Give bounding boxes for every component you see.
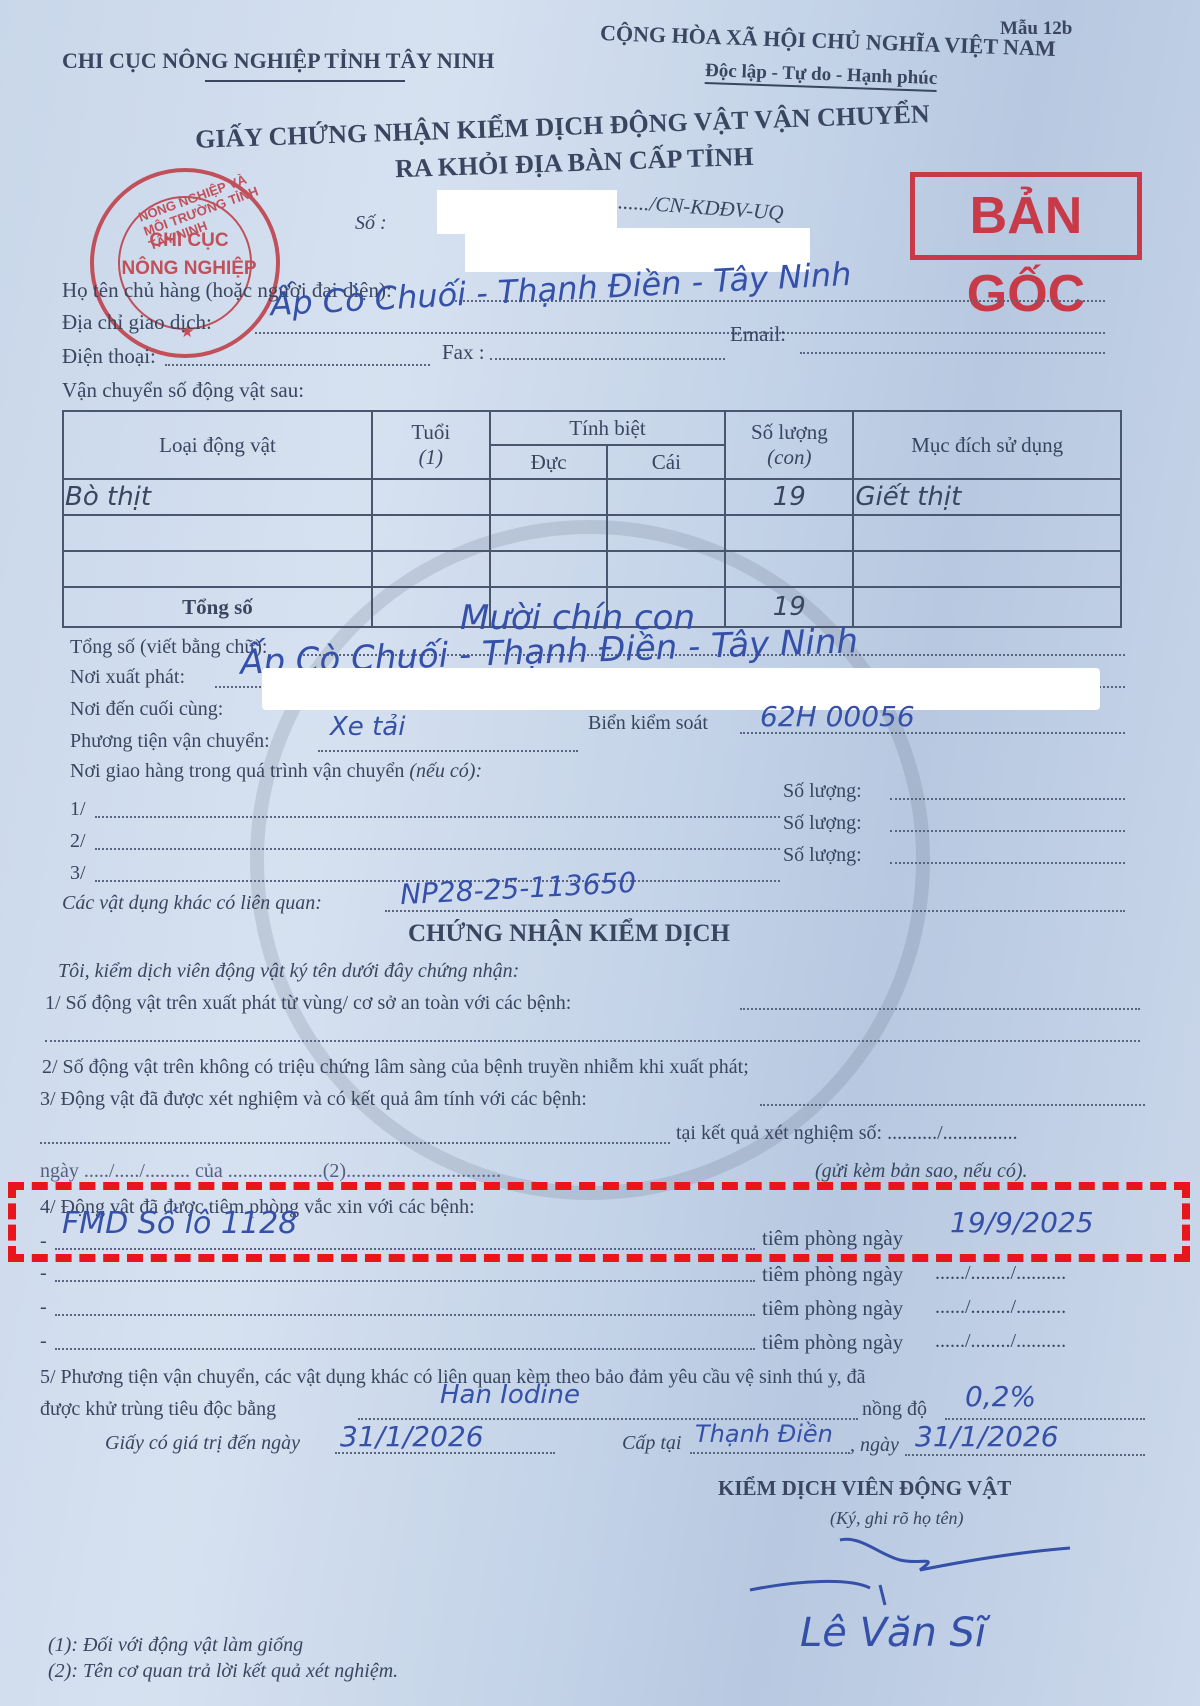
- col-purpose: Mục đích sử dụng: [853, 411, 1121, 479]
- col-female: Cái: [607, 445, 725, 479]
- seal-center-line2: NÔNG NGHIỆP: [94, 258, 284, 280]
- table-row: [63, 515, 1121, 551]
- total-words-label: Tổng số (viết bằng chữ):: [70, 636, 267, 659]
- vaccination-date-2: ....../......../..........: [935, 1262, 1066, 1285]
- col-age: Tuổi(1): [372, 411, 490, 479]
- vaccination-line-2: [55, 1280, 755, 1282]
- cell-male: [490, 551, 608, 587]
- delivery-qty-line-1: [890, 798, 1125, 800]
- cert-item-1-line2: [45, 1040, 1140, 1042]
- other-items-line: [385, 910, 1125, 912]
- concentration-label: nồng độ: [862, 1398, 927, 1421]
- signature-scribble: [740, 1530, 1080, 1610]
- col-sex: Tính biệt: [490, 411, 726, 445]
- cell-type: [63, 515, 372, 551]
- delivery-item-3: 3/: [70, 862, 86, 885]
- cell-qty: [725, 515, 853, 551]
- delivery-line-2: [95, 848, 780, 850]
- cert-item-3-attach: (gửi kèm bản sao, nếu có).: [815, 1160, 1028, 1183]
- vaccination-line-3: [55, 1314, 755, 1316]
- cert-item-1: 1/ Số động vật trên xuất phát từ vùng/ c…: [45, 992, 571, 1015]
- vaccination-date-label-2: tiêm phòng ngày: [762, 1262, 903, 1287]
- valid-label: Giấy có giá trị đến ngày: [105, 1432, 300, 1455]
- issued-at-line: [690, 1452, 850, 1454]
- certification-heading: CHỨNG NHẬN KIỂM DỊCH: [408, 920, 730, 948]
- cell-qty: [725, 551, 853, 587]
- address-label: Địa chỉ giao dịch:: [62, 310, 212, 335]
- phone-label: Điện thoại:: [62, 344, 156, 369]
- origin-label: Nơi xuất phát:: [70, 666, 185, 689]
- cell-age: [372, 479, 490, 515]
- cert-item-5b: được khử trùng tiêu độc bằng: [40, 1398, 276, 1421]
- issued-date-label: , ngày: [850, 1434, 899, 1457]
- vaccination-row-4: -: [40, 1330, 47, 1353]
- fax-label: Fax :: [442, 340, 485, 365]
- cell-male: [490, 515, 608, 551]
- col-qty-label: Số lượng: [751, 420, 828, 444]
- cell-female: [607, 515, 725, 551]
- col-qty-unit: (con): [767, 445, 811, 469]
- disinfectant-value: Han Iodine: [440, 1380, 580, 1410]
- delivery-qty-line-3: [890, 862, 1125, 864]
- number-suffix: ....../CN-KDĐV-UQ: [617, 189, 784, 225]
- delivery-qty-1: Số lượng:: [783, 780, 862, 803]
- cert-item-2: 2/ Số động vật trên không có triệu chứng…: [42, 1056, 749, 1079]
- document-subtitle: RA KHỎI ĐỊA BÀN CẤP TỈNH: [395, 142, 754, 184]
- number-label: Số :: [355, 212, 387, 235]
- footnote-1: (1): Đối với động vật làm giống: [48, 1634, 303, 1657]
- cell-purpose: Giết thịt: [853, 479, 1121, 515]
- cell-purpose: [853, 551, 1121, 587]
- country-name: CỘNG HÒA XÃ HỘI CHỦ NGHĨA VIỆT NAM: [600, 20, 1056, 62]
- delivery-line-1: [95, 816, 780, 818]
- cell-qty: 19: [725, 479, 853, 515]
- vaccination-date-label-4: tiêm phòng ngày: [762, 1330, 903, 1355]
- agency-name: CHI CỤC NÔNG NGHIỆP TỈNH TÂY NINH: [62, 48, 494, 74]
- vaccination-row-3: -: [40, 1296, 47, 1319]
- plate-label: Biển kiểm soát: [588, 712, 708, 735]
- issued-at-label: Cấp tại: [622, 1432, 681, 1455]
- cell-age: [372, 515, 490, 551]
- redacted-destination: [262, 668, 1100, 710]
- footnote-2: (2): Tên cơ quan trả lời kết quả xét ngh…: [48, 1660, 398, 1683]
- highlight-box: [8, 1182, 1190, 1262]
- delivery-qty-2: Số lượng:: [783, 812, 862, 835]
- vehicle-label: Phương tiện vận chuyển:: [70, 730, 270, 753]
- total-purpose: [853, 587, 1121, 627]
- vaccination-date-label-3: tiêm phòng ngày: [762, 1296, 903, 1321]
- animals-intro: Vận chuyển số động vật sau:: [62, 378, 304, 403]
- cell-purpose: [853, 515, 1121, 551]
- plate-value: 62H 00056: [760, 700, 915, 733]
- col-qty: Số lượng(con): [725, 411, 853, 479]
- total-label: Tổng số: [63, 587, 372, 627]
- cert-item-3: 3/ Động vật đã được xét nghiệm và có kết…: [40, 1088, 587, 1111]
- vaccination-date-3: ....../......../..........: [935, 1296, 1066, 1319]
- certification-intro: Tôi, kiểm dịch viên động vật ký tên dưới…: [58, 960, 519, 983]
- delivery-item-2: 2/: [70, 830, 86, 853]
- seal-center-line1: CHI CỤC: [94, 230, 284, 252]
- table-row: [63, 551, 1121, 587]
- original-copy-stamp: BẢN GỐC: [910, 172, 1142, 260]
- other-items-label: Các vật dụng khác có liên quan:: [62, 892, 322, 915]
- phone-line: [165, 364, 430, 366]
- delivery-qty-line-2: [890, 830, 1125, 832]
- cell-female: [607, 479, 725, 515]
- cert-item-3-result: tại kết quả xét nghiệm số: ........../..…: [676, 1122, 1018, 1145]
- cell-male: [490, 479, 608, 515]
- cell-age: [372, 551, 490, 587]
- agency-underline: [205, 80, 405, 82]
- cert-item-1-line: [740, 1008, 1140, 1010]
- issued-date: 31/1/2026: [915, 1420, 1059, 1453]
- vehicle-value: Xe tải: [330, 712, 405, 742]
- signature-title: KIỂM DỊCH VIÊN ĐỘNG VẬT: [718, 1476, 1011, 1501]
- vaccination-date-4: ....../......../..........: [935, 1330, 1066, 1353]
- cert-item-3-date: ngày ...../...../......... của .........…: [40, 1160, 501, 1183]
- fax-line: [490, 358, 725, 360]
- destination-label: Nơi đến cuối cùng:: [70, 698, 223, 721]
- issued-at-value: Thạnh Điền: [695, 1420, 833, 1448]
- cell-female: [607, 551, 725, 587]
- motto: Độc lập - Tự do - Hạnh phúc: [705, 60, 938, 92]
- vehicle-line: [318, 750, 578, 752]
- col-male: Đực: [490, 445, 608, 479]
- delivery-item-1: 1/: [70, 798, 86, 821]
- valid-date: 31/1/2026: [340, 1420, 484, 1453]
- col-type: Loại động vật: [63, 411, 372, 479]
- vaccination-line-4: [55, 1348, 755, 1350]
- vaccination-row-2: -: [40, 1262, 47, 1285]
- cert-item-3-line: [760, 1104, 1145, 1106]
- form-code: Mẫu 12b: [1000, 18, 1072, 40]
- delivery-note: (nếu có):: [409, 760, 482, 782]
- issued-date-line: [905, 1454, 1145, 1456]
- table-row: Bò thịt 19 Giết thịt: [63, 479, 1121, 515]
- col-age-label: Tuổi: [411, 420, 450, 444]
- delivery-label: Nơi giao hàng trong quá trình vận chuyển…: [70, 760, 482, 783]
- col-age-note: (1): [419, 445, 444, 469]
- document-title: GIẤY CHỨNG NHẬN KIỂM DỊCH ĐỘNG VẬT VẬN C…: [195, 99, 930, 155]
- delivery-qty-3: Số lượng:: [783, 844, 862, 867]
- signature-name: Lê Văn Sĩ: [800, 1610, 986, 1656]
- animal-table: Loại động vật Tuổi(1) Tính biệt Số lượng…: [62, 410, 1122, 628]
- delivery-label-text: Nơi giao hàng trong quá trình vận chuyển: [70, 760, 404, 782]
- signature-note: (Ký, ghi rõ họ tên): [830, 1508, 963, 1529]
- concentration-value: 0,2%: [965, 1380, 1036, 1413]
- cert-item-3-line2: [40, 1142, 670, 1144]
- cell-type: Bò thịt: [63, 479, 372, 515]
- cell-type: [63, 551, 372, 587]
- email-line: [800, 352, 1105, 354]
- email-label: Email:: [730, 322, 786, 347]
- address-line: [255, 332, 1105, 334]
